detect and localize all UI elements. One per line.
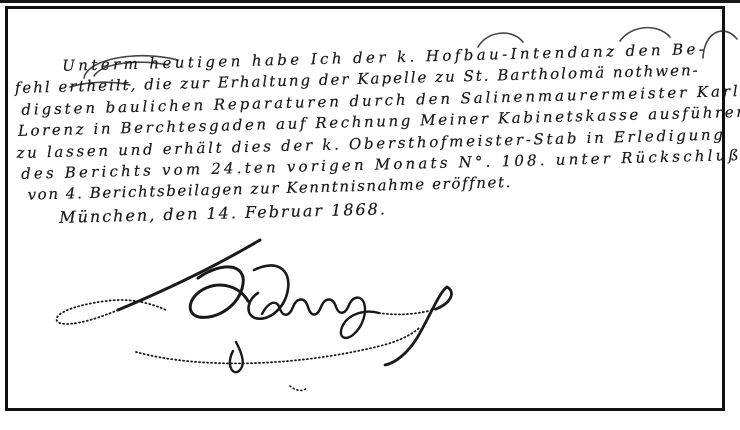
- scanned-letter-page: Unterm heutigen habe Ich der k. Hofbau-I…: [0, 0, 740, 430]
- letter-body: Unterm heutigen habe Ich der k. Hofbau-I…: [14, 38, 734, 229]
- scan-edge-artifact: [0, 0, 740, 3]
